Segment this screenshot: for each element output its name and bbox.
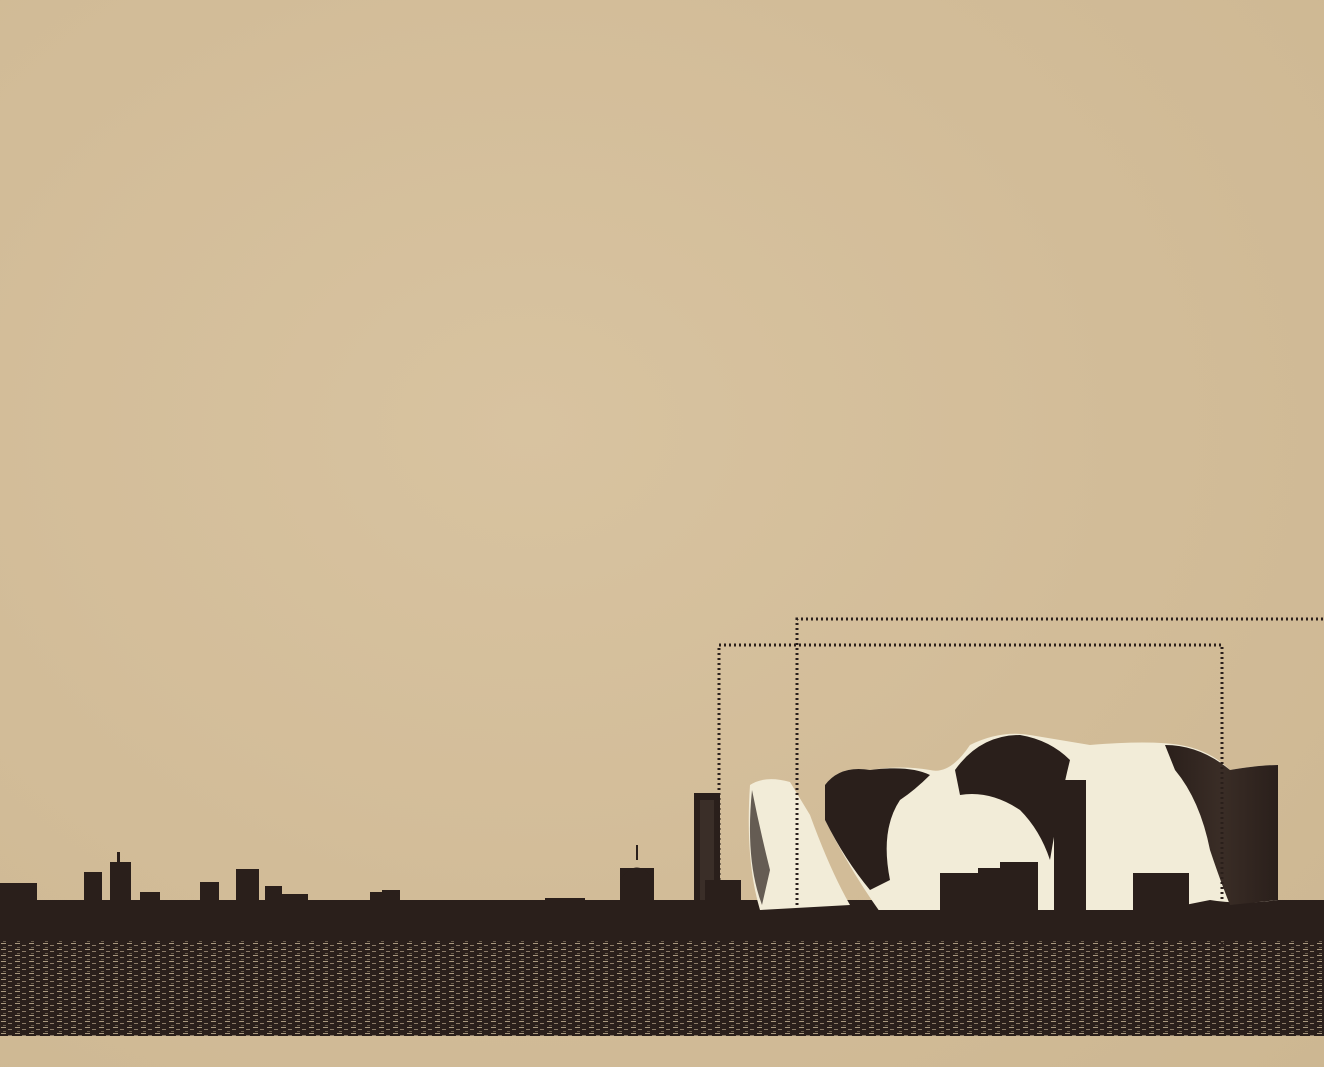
tall-tower [694, 793, 741, 920]
draped-sculpture-overlay [749, 734, 1320, 930]
artwork [0, 0, 1324, 1067]
montage-svg [0, 0, 1324, 1067]
city-skyline [0, 845, 700, 920]
